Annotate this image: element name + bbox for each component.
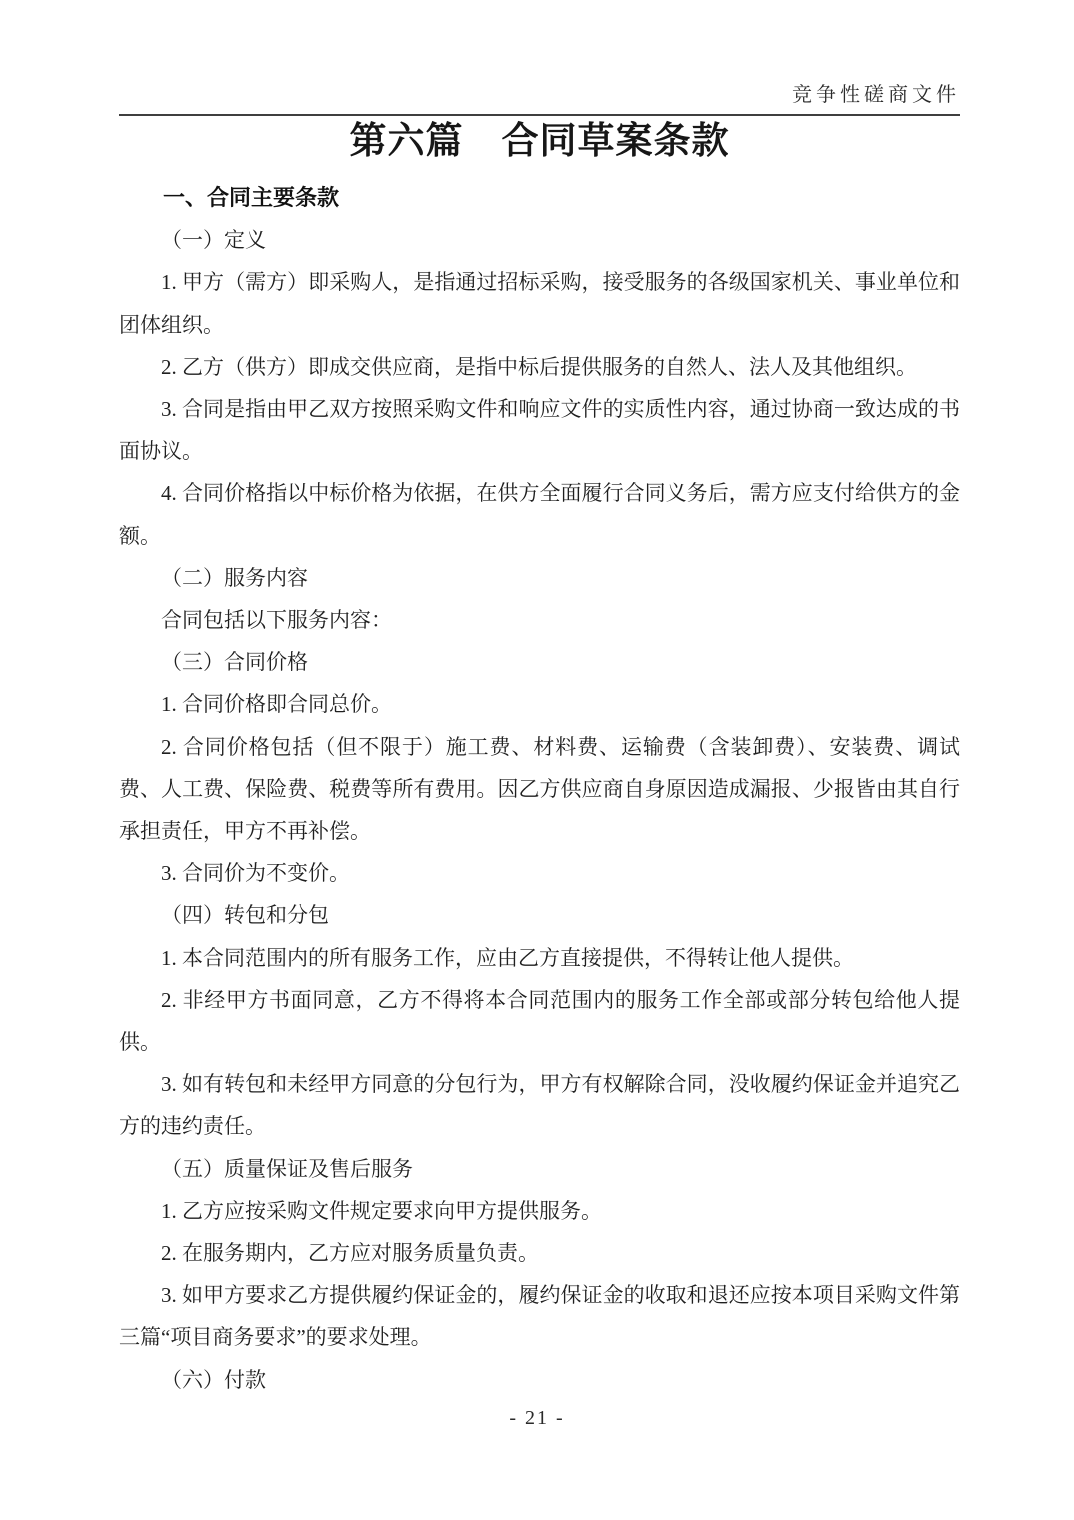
clause-quality-1: 1. 乙方应按采购文件规定要求向甲方提供服务。 [119,1190,960,1232]
page-title: 第六篇 合同草案条款 [119,119,960,165]
clause-price-1: 1. 合同价格即合同总价。 [119,683,960,725]
clause-definitions-4: 4. 合同价格指以中标价格为依据，在供方全面履行合同义务后，需方应支付给供方的金… [119,472,960,556]
clause-price-2: 2. 合同价格包括（但不限于）施工费、材料费、运输费（含装卸费）、安装费、调试费… [119,726,960,853]
clause-subcontracting-2: 2. 非经甲方书面同意，乙方不得将本合同范围内的服务工作全部或部分转包给他人提供… [119,979,960,1063]
clause-definitions-1: 1. 甲方（需方）即采购人，是指通过招标采购，接受服务的各级国家机关、事业单位和… [119,261,960,345]
clause-subcontracting-3: 3. 如有转包和未经甲方同意的分包行为，甲方有权解除合同，没收履约保证金并追究乙… [119,1063,960,1147]
clause-definitions-2: 2. 乙方（供方）即成交供应商，是指中标后提供服务的自然人、法人及其他组织。 [119,346,960,388]
clause-quality-2: 2. 在服务期内，乙方应对服务质量负责。 [119,1232,960,1274]
subsection-heading-payment: （六）付款 [119,1359,960,1401]
clause-subcontracting-1: 1. 本合同范围内的所有服务工作，应由乙方直接提供，不得转让他人提供。 [119,937,960,979]
document-page: 竞争性磋商文件 第六篇 合同草案条款 一、合同主要条款 （一）定义 1. 甲方（… [0,0,1074,1520]
subsection-heading-contract-price: （三）合同价格 [119,641,960,683]
header-doc-type-label: 竞争性磋商文件 [792,84,960,106]
subsection-heading-quality-warranty: （五）质量保证及售后服务 [119,1148,960,1190]
subsection-heading-subcontracting: （四）转包和分包 [119,894,960,936]
subsection-heading-definitions: （一）定义 [119,219,960,261]
clause-price-3: 3. 合同价为不变价。 [119,852,960,894]
subsection-heading-service-content: （二）服务内容 [119,557,960,599]
document-body: 一、合同主要条款 （一）定义 1. 甲方（需方）即采购人，是指通过招标采购，接受… [119,177,960,1401]
page-header: 竞争性磋商文件 [119,83,960,116]
page-number: - 21 - [0,1407,1074,1430]
clause-definitions-3: 3. 合同是指由甲乙双方按照采购文件和响应文件的实质性内容，通过协商一致达成的书… [119,388,960,472]
clause-service-content-intro: 合同包括以下服务内容： [119,599,960,641]
clause-quality-3: 3. 如甲方要求乙方提供履约保证金的，履约保证金的收取和退还应按本项目采购文件第… [119,1274,960,1358]
section-heading-main-terms: 一、合同主要条款 [119,177,960,219]
